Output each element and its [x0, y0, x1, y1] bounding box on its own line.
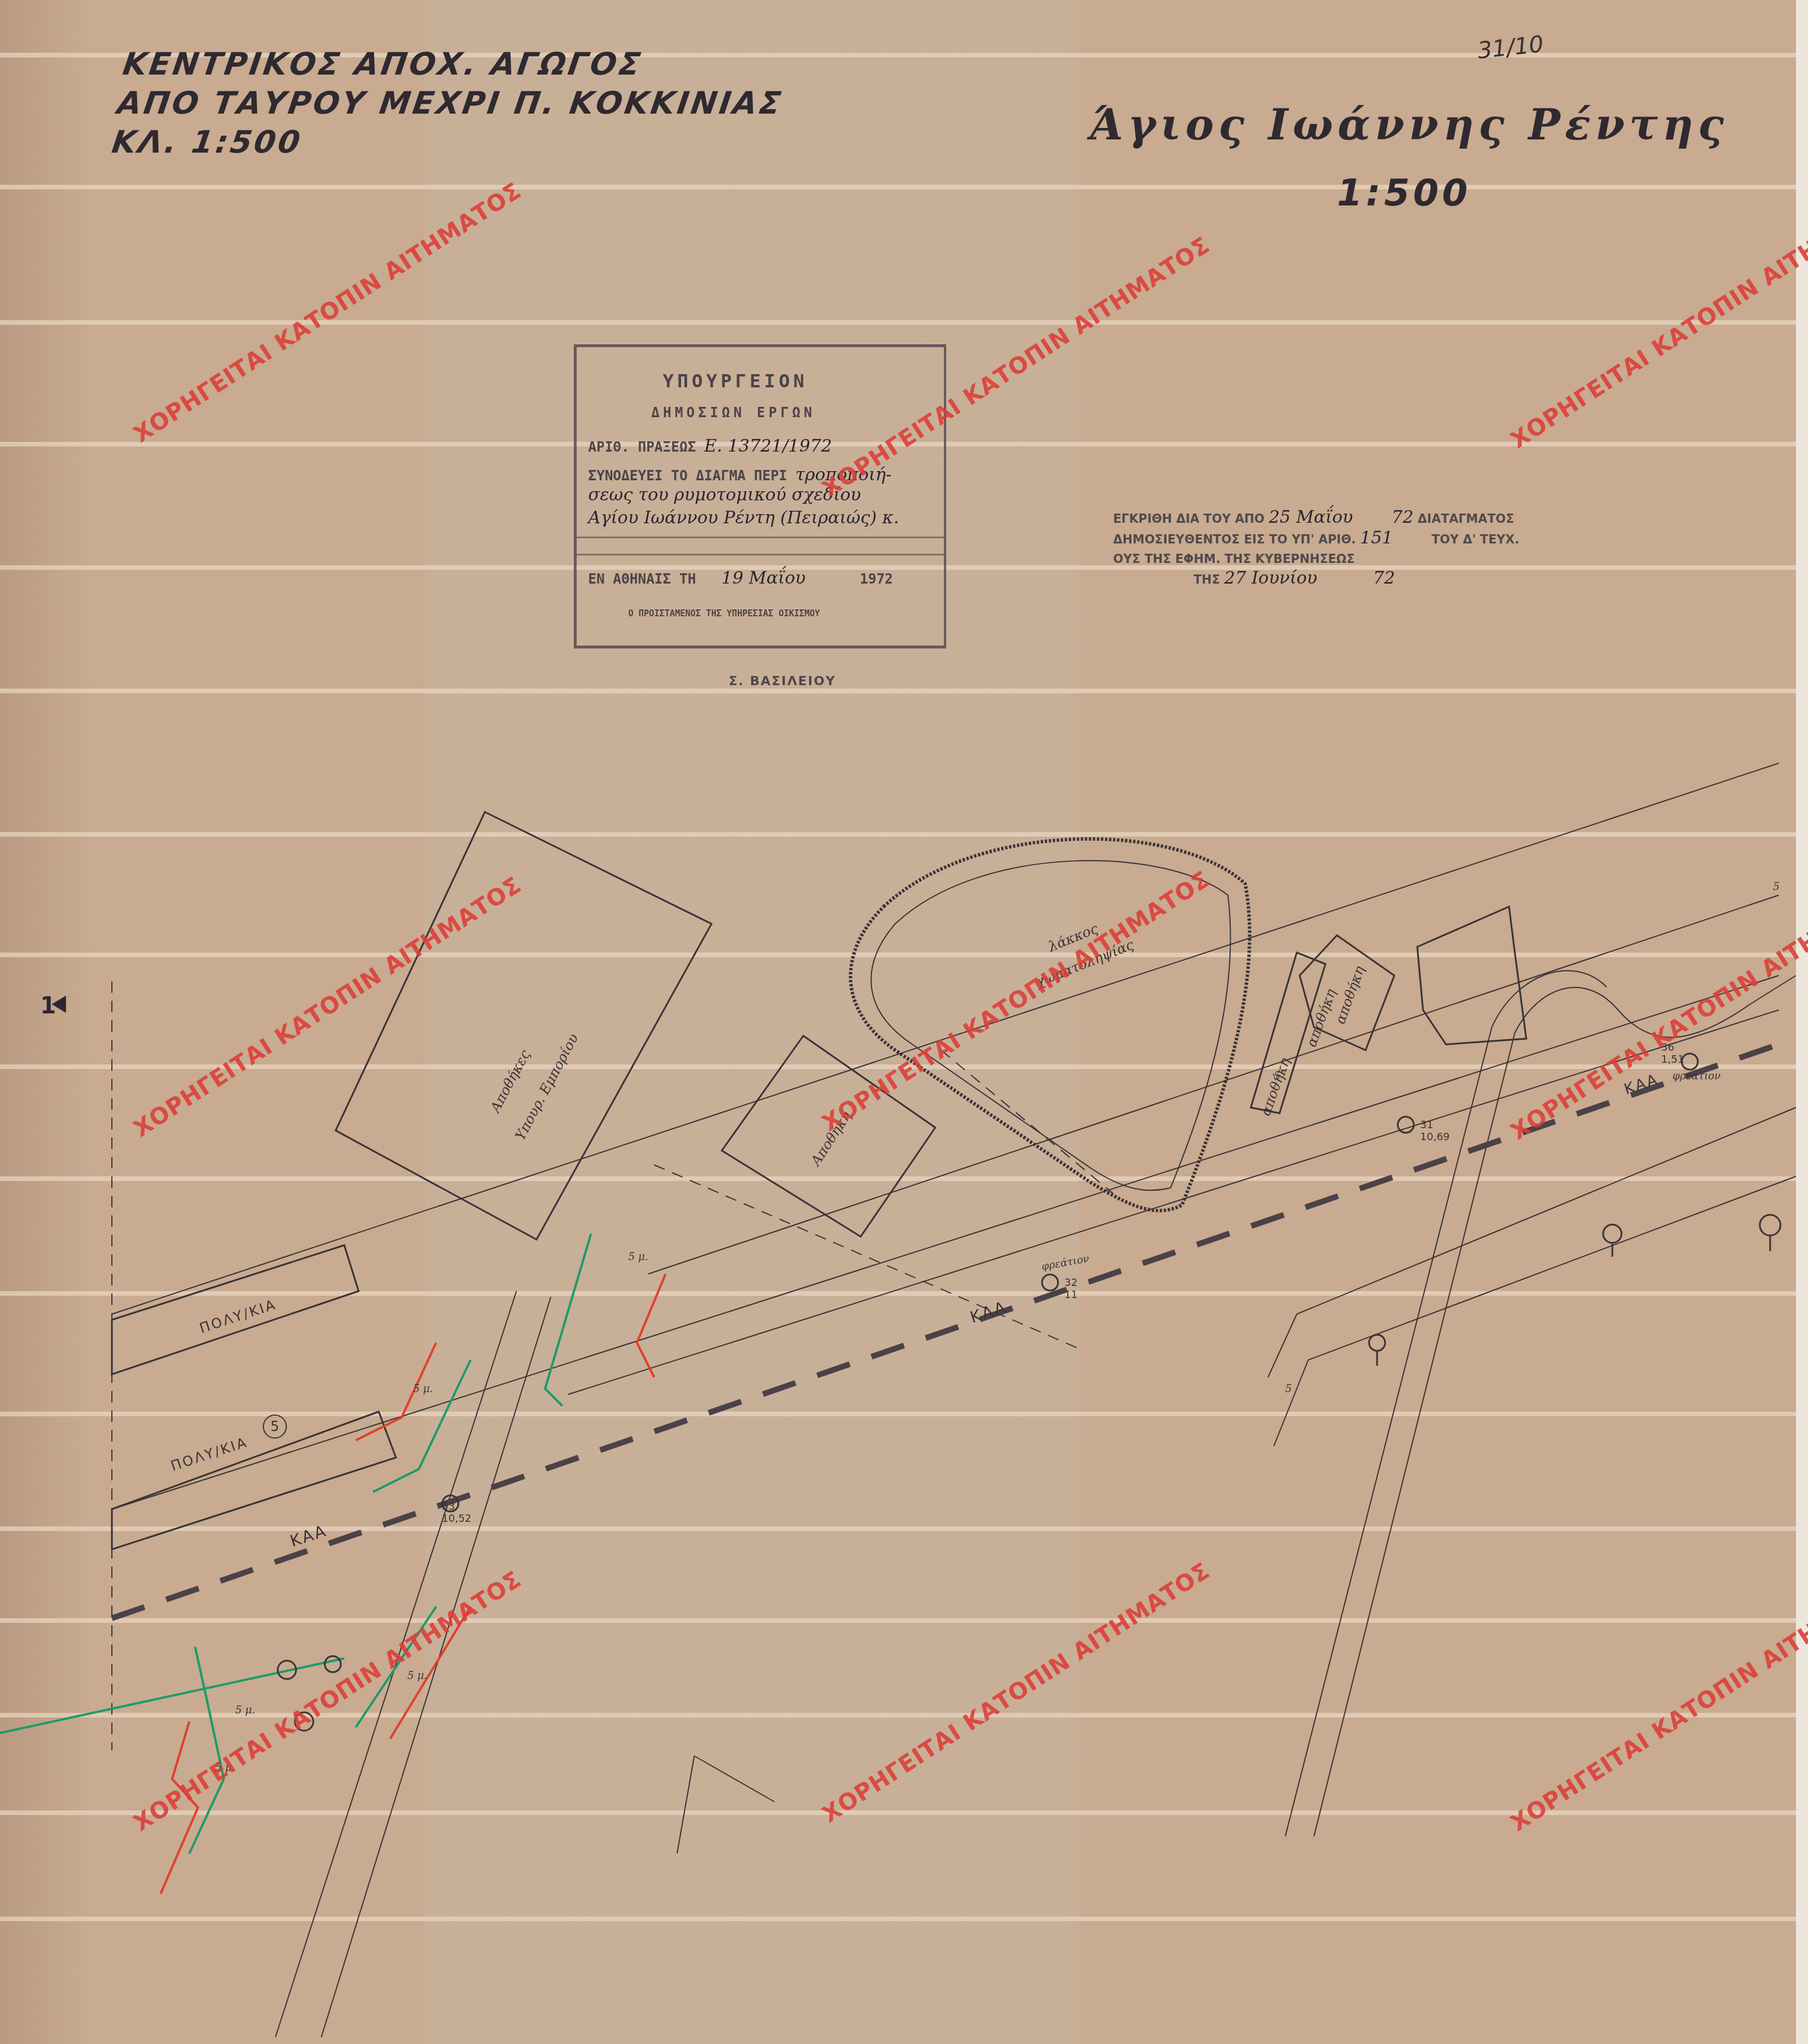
- section-marker: 1: [40, 993, 56, 1019]
- manhole-36-elev: 1,51: [1661, 1054, 1684, 1066]
- title-line-2: ΑΠΟ ΤΑΥΡΟΥ ΜΕΧΡΙ Π. ΚΟΚΚΙΝΙΑΣ: [115, 84, 786, 123]
- stamp-hand-2: σεως του ρυμοτομικού σχεδίου: [588, 485, 861, 505]
- setback-1: 5 μ.: [413, 1383, 433, 1395]
- stamp-act-number: Ε. 13721/1972: [704, 436, 832, 456]
- house-outline: [1417, 907, 1526, 1044]
- ministry-stamp: ΥΠΟΥΡΓΕΙΟΝ ΔΗΜΟΣΙΩΝ ΕΡΓΩΝ ΑΡΙΘ. ΠΡΑΞΕΩΣ …: [574, 344, 946, 648]
- stamp-date-hand: 19 Μαΐου: [721, 568, 806, 588]
- approval-line4-date: 27 Ιουνίου: [1224, 568, 1317, 588]
- manhole-32-num: 32: [1064, 1277, 1078, 1289]
- stamp-place: ΕΝ ΑΘΗΝΑΙΣ ΤΗ: [588, 571, 696, 587]
- stamp-rule: [577, 554, 944, 555]
- stamp-act: ΑΡΙΘ. ΠΡΑΞΕΩΣ Ε. 13721/1972: [588, 436, 832, 456]
- label-block-number: 5: [263, 1415, 287, 1439]
- area-title: Άγιος Ιωάννης Ρέντης: [1090, 100, 1728, 150]
- dim-5c: 5: [1285, 1383, 1292, 1395]
- manhole-53-num: 53: [442, 1501, 455, 1513]
- project-title: ΚΕΝΤΡΙΚΟΣ ΑΠΟΧ. ΑΓΩΓΟΣ ΑΠΟ ΤΑΥΡΟΥ ΜΕΧΡΙ …: [110, 45, 791, 162]
- approval-line1-date: 25 Μαΐου: [1269, 507, 1353, 527]
- area-scale: 1:500: [1337, 172, 1471, 215]
- setback-2: 5 μ.: [628, 1251, 648, 1263]
- label-manhole-2: φρεάτιον: [1673, 1070, 1721, 1082]
- warehouse-ministry-outline: [336, 812, 711, 1239]
- stamp-accompanies-label: ΣΥΝΟΔΕΥΕΙ ΤΟ ΔΙΑΓΜΑ ΠΕΡΙ: [588, 468, 787, 484]
- dim-5b: 5: [1773, 881, 1779, 893]
- manhole-31-num: 31: [1420, 1119, 1433, 1131]
- manhole-31-elev: 10,69: [1420, 1131, 1450, 1143]
- approval-line2-suffix: ΤΟΥ Δ' ΤΕΥΧ.: [1432, 533, 1519, 546]
- approval-line-4: ΤΗΣ 27 Ιουνίου 72: [1113, 569, 1519, 589]
- stamp-signatory-name: Σ. ΒΑΣΙΛΕΙΟΥ: [729, 674, 836, 689]
- approval-note: ΕΓΚΡΙΘΗ ΔΙΑ ΤΟΥ ΑΠΟ 25 Μαΐου 72 ΔΙΑΤΑΓΜΑ…: [1113, 508, 1519, 589]
- stamp-year: 1972: [860, 571, 893, 587]
- approval-line4-year: 72: [1373, 568, 1395, 588]
- approval-line4-label: ΤΗΣ: [1193, 573, 1220, 586]
- stamp-signatory-role: Ο ΠΡΟΙΣΤΑΜΕΝΟΣ ΤΗΣ ΥΠΗΡΕΣΙΑΣ ΟΙΚΙΣΜΟΥ: [628, 608, 820, 619]
- approval-line-3: ΟΥΣ ΤΗΣ ΕΦΗΜ. ΤΗΣ ΚΥΒΕΡΝΗΣΕΩΣ: [1113, 549, 1519, 569]
- stamp-ministry: ΥΠΟΥΡΓΕΙΟΝ: [663, 370, 808, 392]
- stamp-rule: [577, 537, 944, 538]
- approval-line2-label: ΔΗΜΟΣΙΕΥΘΕΝΤΟΣ ΕΙΣ ΤΟ ΥΠ' ΑΡΙΘ.: [1113, 533, 1356, 546]
- manhole-53-elev: 10,52: [442, 1513, 472, 1525]
- setback-3: 5 μ.: [235, 1704, 255, 1716]
- approval-line-1: ΕΓΚΡΙΘΗ ΔΙΑ ΤΟΥ ΑΠΟ 25 Μαΐου 72 ΔΙΑΤΑΓΜΑ…: [1113, 508, 1519, 529]
- approval-line1-suffix: ΔΙΑΤΑΓΜΑΤΟΣ: [1418, 512, 1514, 526]
- manhole-32-elev: 11: [1064, 1289, 1078, 1301]
- title-line-1: ΚΕΝΤΡΙΚΟΣ ΑΠΟΧ. ΑΓΩΓΟΣ: [120, 45, 791, 84]
- approval-line1-year: 72: [1391, 507, 1413, 527]
- stamp-hand-3: Αγίου Ιωάννου Ρέντη (Πειραιώς) κ.: [588, 508, 899, 528]
- manhole-31: 3110,69: [1420, 1119, 1450, 1143]
- approval-line1-label: ΕΓΚΡΙΘΗ ΔΙΑ ΤΟΥ ΑΠΟ: [1113, 512, 1265, 526]
- approval-line-2: ΔΗΜΟΣΙΕΥΘΕΝΤΟΣ ΕΙΣ ΤΟ ΥΠ' ΑΡΙΘ. 151 ΤΟΥ …: [1113, 529, 1519, 549]
- title-scale: ΚΛ. 1:500: [110, 123, 780, 162]
- setback-5: 5 μ.: [407, 1670, 427, 1682]
- manhole-32: 3211: [1064, 1277, 1078, 1301]
- stamp-department: ΔΗΜΟΣΙΩΝ ΕΡΓΩΝ: [651, 405, 815, 421]
- stamp-date: ΕΝ ΑΘΗΝΑΙΣ ΤΗ 19 Μαΐου 1972: [588, 568, 893, 588]
- approval-line2-number: 151: [1360, 528, 1393, 548]
- dim-5a: 5: [1274, 1070, 1280, 1082]
- manhole-53: 5310,52: [442, 1501, 472, 1525]
- stamp-act-label: ΑΡΙΘ. ΠΡΑΞΕΩΣ: [588, 439, 696, 455]
